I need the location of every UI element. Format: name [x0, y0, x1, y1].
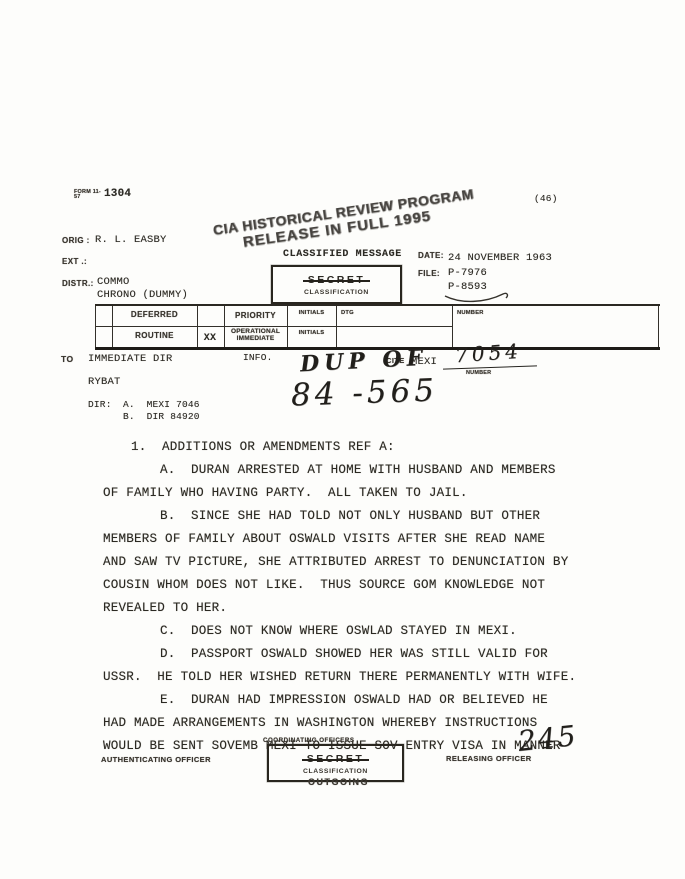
to-label: TO: [61, 354, 73, 364]
orig-label: ORIG :: [62, 236, 90, 245]
routing-operational-2: IMMEDIATE: [224, 335, 287, 342]
releasing-officer-label: RELEASING OFFICER: [446, 754, 532, 763]
body-line: OF FAMILY WHO HAVING PARTY. ALL TAKEN TO…: [103, 482, 585, 505]
body-line: REVEALED TO HER.: [103, 597, 585, 620]
scanned-cable-document: FORM 11-57 1304 (46) CIA HISTORICAL REVI…: [0, 0, 685, 879]
form-id-small: FORM 11-57: [74, 190, 104, 199]
cite-number-handwritten: 7054: [454, 339, 522, 368]
body-line: HAD MADE ARRANGEMENTS IN WASHINGTON WHER…: [103, 712, 585, 735]
distr-label: DISTR.:: [62, 279, 94, 288]
dup-note-line2: 84 -565: [290, 372, 438, 413]
distr-value-1: COMMO: [97, 276, 130, 288]
page-ref: (46): [534, 193, 558, 204]
coordinating-officers-label: COORDINATING OFFICERS: [263, 737, 355, 744]
body-line: B. SINCE SHE HAD TOLD NOT ONLY HUSBAND B…: [103, 505, 585, 528]
dup-note-line1: DUP OF: [299, 345, 427, 378]
reference-b: B. DIR 84920: [123, 411, 200, 422]
body-line: A. DURAN ARRESTED AT HOME WITH HUSBAND A…: [103, 459, 585, 482]
routing-initials-2: INITIALS: [289, 330, 334, 336]
routing-deferred: DEFERRED: [112, 310, 197, 319]
footer-classification: SECRET: [307, 753, 365, 765]
date-label: DATE:: [418, 251, 444, 260]
file-value-1: P-7976: [448, 267, 487, 279]
reference-a: A. MEXI 7046: [123, 399, 200, 410]
header-classification: SECRET: [308, 274, 366, 286]
page-number-handwritten: 245: [516, 719, 579, 758]
routing-number-header: NUMBER: [457, 310, 517, 316]
authenticating-officer-label: AUTHENTICATING OFFICER: [101, 755, 211, 764]
declassification-stamp: CIA HISTORICAL REVIEW PROGRAM RELEASE IN…: [212, 190, 444, 255]
routing-routine: ROUTINE: [112, 331, 197, 340]
header-classification-label: CLASSIFICATION: [273, 289, 400, 296]
routing-priority: PRIORITY: [224, 311, 287, 320]
routing-operational-1: OPERATIONAL: [224, 328, 287, 335]
dir-label: DIR:: [88, 399, 112, 410]
body-line: COUSIN WHOM DOES NOT LIKE. THUS SOURCE G…: [103, 574, 585, 597]
routing-checkmark: XX: [195, 333, 225, 344]
routing-initials-1: INITIALS: [289, 310, 334, 316]
routing-table: DEFERRED ROUTINE XX PRIORITY OPERATIONAL…: [95, 304, 660, 350]
date-value: 24 NOVEMBER 1963: [448, 252, 552, 264]
document-title: CLASSIFIED MESSAGE: [283, 249, 402, 260]
footer-classification-label: CLASSIFICATION: [269, 768, 402, 775]
body-line: E. DURAN HAD IMPRESSION OSWALD HAD OR BE…: [103, 689, 585, 712]
indicator: RYBAT: [88, 376, 121, 388]
to-value: IMMEDIATE DIR: [88, 353, 173, 365]
cite-number-label: NUMBER: [466, 370, 491, 376]
routing-dtg-header: DTG: [341, 310, 381, 316]
file-label: FILE:: [418, 269, 440, 278]
form-id: 1304: [104, 188, 131, 200]
body-line: USSR. HE TOLD HER WISHED RETURN THERE PE…: [103, 666, 585, 689]
header-classification-box: SECRET CLASSIFICATION: [271, 265, 402, 304]
body-line: D. PASSPORT OSWALD SHOWED HER WAS STILL …: [103, 643, 585, 666]
info-label: INFO.: [243, 352, 273, 363]
body-line: 1. ADDITIONS OR AMENDMENTS REF A:: [103, 436, 585, 459]
body-line: C. DOES NOT KNOW WHERE OSWLAD STAYED IN …: [103, 620, 585, 643]
body-line: MEMBERS OF FAMILY ABOUT OSWALD VISITS AF…: [103, 528, 585, 551]
message-body: 1. ADDITIONS OR AMENDMENTS REF A:A. DURA…: [103, 436, 585, 758]
ext-label: EXT .:: [62, 257, 87, 266]
distr-value-2: CHRONO (DUMMY): [97, 289, 188, 301]
body-line: AND SAW TV PICTURE, SHE ATTRIBUTED ARRES…: [103, 551, 585, 574]
orig-value: R. L. EASBY: [95, 234, 167, 246]
outgoing-label: OUTGOING: [308, 777, 369, 787]
